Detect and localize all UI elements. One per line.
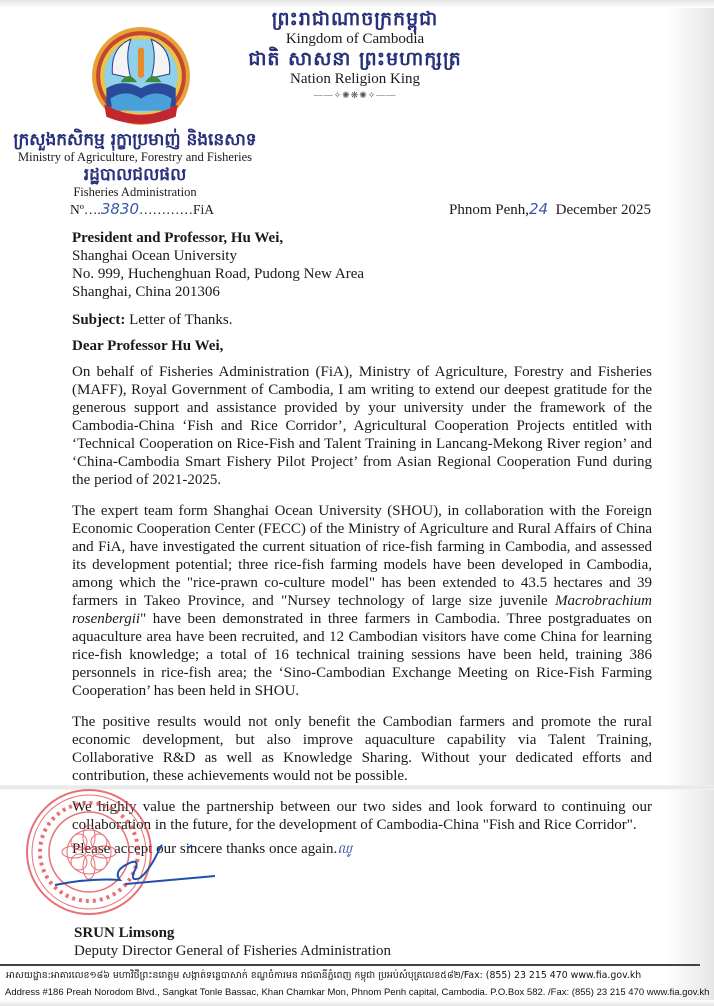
footer-address-english: Address #186 Preah Norodom Blvd., Sangka… bbox=[5, 987, 709, 998]
recipient-address-line1: No. 999, Huchenghuan Road, Pudong New Ar… bbox=[72, 265, 652, 283]
recipient-title: President and Professor, Hu Wei, bbox=[72, 229, 652, 247]
reference-handwritten-number: 3830 bbox=[101, 200, 139, 218]
scan-shadow bbox=[0, 0, 714, 8]
subject-line: Subject: Letter of Thanks. bbox=[72, 311, 652, 329]
ministry-block: ក្រសួងកសិកម្ម រុក្ខាប្រមាញ់ និងនេសាទ Min… bbox=[0, 130, 270, 200]
kingdom-english: Kingdom of Cambodia bbox=[230, 30, 480, 48]
date-line: Phnom Penh,24 December 2025 bbox=[449, 200, 651, 219]
scan-shadow-bottom bbox=[0, 1000, 714, 1006]
letter-page: ព្រះរាជាណាចក្រកម្ពុជា Kingdom of Cambodi… bbox=[0, 0, 714, 1006]
fisheries-emblem-icon bbox=[90, 25, 192, 127]
paragraph-2-text-b: " have been demonstrated in three farmer… bbox=[72, 611, 652, 699]
date-month-year: December 2025 bbox=[556, 202, 651, 218]
recipient-institution: Shanghai Ocean University bbox=[72, 247, 652, 265]
signer-position: Deputy Director General of Fisheries Adm… bbox=[74, 942, 391, 960]
paragraph-2: The expert team form Shanghai Ocean Univ… bbox=[72, 502, 652, 700]
ministry-english: Ministry of Agriculture, Forestry and Fi… bbox=[0, 150, 270, 165]
signer-block: SRUN Limsong Deputy Director General of … bbox=[74, 924, 391, 960]
reference-number: Nº….3830…………FiA bbox=[70, 200, 214, 218]
letter-footer: អាសយដ្ឋាន:អាគារលេខ១៨៦ មហាវិថីព្រះនរោត្តម… bbox=[0, 962, 714, 1006]
motto-english: Nation Religion King bbox=[230, 70, 480, 88]
subject-label: Subject: bbox=[72, 312, 125, 328]
footer-address-khmer: អាសយដ្ឋាន:អាគារលេខ១៨៦ មហាវិថីព្រះនរោត្តម… bbox=[6, 969, 641, 983]
signer-name: SRUN Limsong bbox=[74, 924, 391, 942]
closing-initial: ឈូ bbox=[337, 842, 352, 856]
paragraph-4: We highly value the partnership between … bbox=[72, 798, 652, 834]
handwritten-signature-icon bbox=[50, 840, 220, 900]
reference-prefix: Nº…. bbox=[70, 202, 101, 217]
paragraph-1: On behalf of Fisheries Administration (F… bbox=[72, 363, 652, 489]
paragraph-3: The positive results would not only bene… bbox=[72, 713, 652, 785]
ornament-divider-icon: ——✧✺❋✺✧—— bbox=[230, 90, 480, 101]
kingdom-header: ព្រះរាជាណាចក្រកម្ពុជា Kingdom of Cambodi… bbox=[230, 8, 480, 101]
kingdom-khmer: ព្រះរាជាណាចក្រកម្ពុជា bbox=[230, 8, 480, 30]
salutation: Dear Professor Hu Wei, bbox=[72, 337, 652, 355]
department-khmer: រដ្ឋបាលជលផល bbox=[0, 165, 270, 185]
subject-text: Letter of Thanks. bbox=[125, 312, 232, 328]
motto-khmer: ជាតិ សាសនា ព្រះមហាក្សត្រ bbox=[230, 48, 480, 70]
ministry-khmer: ក្រសួងកសិកម្ម រុក្ខាប្រមាញ់ និងនេសាទ bbox=[0, 130, 270, 150]
date-handwritten-day: 24 bbox=[529, 200, 548, 218]
footer-rule bbox=[0, 964, 700, 966]
recipient-address-line2: Shanghai, China 201306 bbox=[72, 283, 652, 301]
date-place: Phnom Penh, bbox=[449, 202, 529, 218]
department-english: Fisheries Administration bbox=[0, 185, 270, 200]
reference-suffix: …………FiA bbox=[139, 202, 214, 217]
letter-body: President and Professor, Hu Wei, Shangha… bbox=[72, 229, 652, 858]
recipient-block: President and Professor, Hu Wei, Shangha… bbox=[72, 229, 652, 301]
